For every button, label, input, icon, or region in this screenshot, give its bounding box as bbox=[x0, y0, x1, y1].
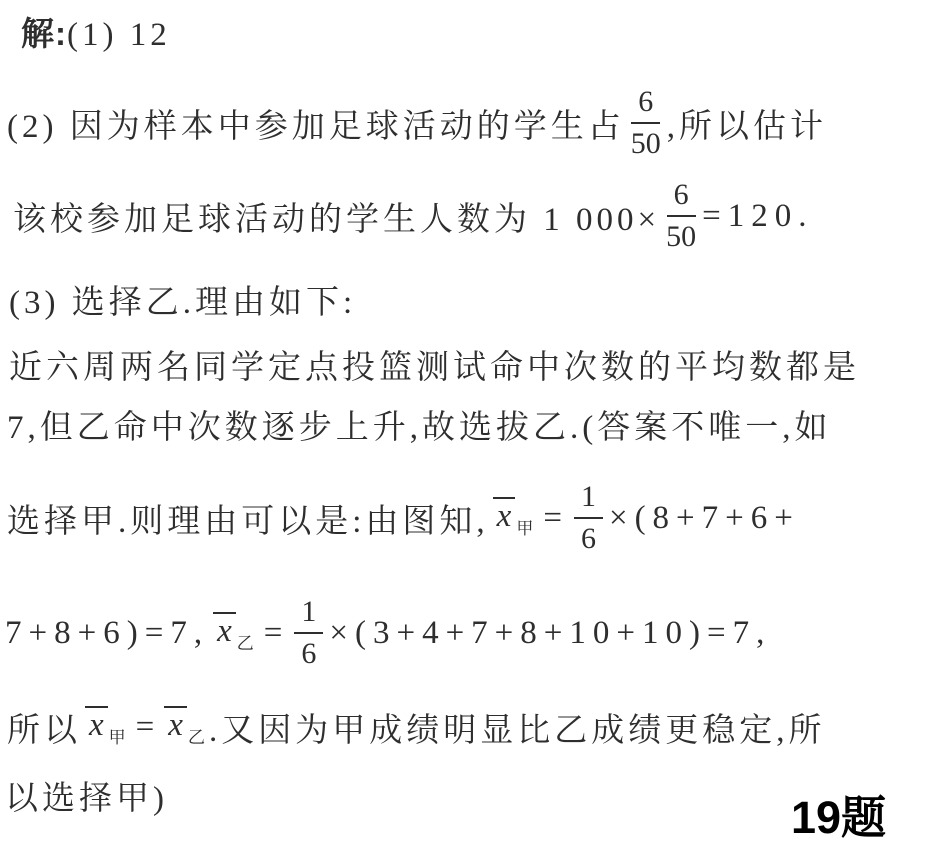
solution-line-2: (2) 因为样本中参加足球活动的学生占 6 50 ,所以估计 bbox=[7, 76, 827, 170]
solution-line-4: (3) 选择乙.理由如下: bbox=[9, 276, 356, 323]
solution-line-9: 所以 x甲 = x乙 .又因为甲成绩明显比乙成绩更稳定,所 bbox=[7, 698, 825, 756]
fraction-numerator: 6 bbox=[667, 177, 696, 217]
text-run: 近六周两名同学定点投篮测试命中次数的平均数都是 bbox=[9, 350, 860, 386]
x-with-bar: x bbox=[493, 497, 516, 533]
solution-line-10: 以选择甲) bbox=[5, 772, 168, 819]
text-run: 该校参加足球活动的学生人数为 1 000× bbox=[13, 193, 660, 240]
subscript-yi: 乙 bbox=[237, 629, 254, 654]
equals-sign: = bbox=[543, 500, 562, 537]
text-run: 所以 bbox=[7, 704, 81, 751]
math-run: 7+8+6)=7, bbox=[5, 615, 209, 652]
equals-sign: = bbox=[264, 615, 283, 652]
solution-line-6: 7,但乙命中次数逐步上升,故选拔乙.(答案不唯一,如 bbox=[7, 401, 832, 448]
solution-line-3: 该校参加足球活动的学生人数为 1 000× 6 50 =120. bbox=[13, 171, 814, 261]
problem-number-label: 19题 bbox=[791, 781, 886, 846]
fraction-denominator: 6 bbox=[581, 519, 596, 557]
solution-label: 解: bbox=[21, 15, 67, 52]
subscript-yi: 乙 bbox=[188, 723, 205, 748]
fraction-1-6: 1 6 bbox=[574, 479, 603, 557]
mean-x-jia: x甲 bbox=[493, 497, 534, 539]
equals-sign: = bbox=[136, 709, 155, 746]
mean-x-yi: x乙 bbox=[164, 706, 205, 748]
fraction-denominator: 6 bbox=[301, 634, 316, 672]
fraction-numerator: 1 bbox=[294, 594, 323, 634]
text-run: 7,但乙命中次数逐步上升,故选拔乙.(答案不唯一,如 bbox=[7, 410, 832, 446]
solution-line-5: 近六周两名同学定点投篮测试命中次数的平均数都是 bbox=[9, 341, 860, 388]
fraction-6-50: 6 50 bbox=[666, 177, 696, 255]
math-run: ×(8+7+6+ bbox=[609, 500, 800, 537]
x-with-bar: x bbox=[85, 706, 108, 742]
text-run: (3) 选择乙.理由如下: bbox=[9, 285, 356, 321]
text-run: .又因为甲成绩明显比乙成绩更稳定,所 bbox=[209, 704, 826, 751]
fraction-6-50: 6 50 bbox=[631, 84, 661, 162]
mean-x-jia: x甲 bbox=[85, 706, 126, 748]
text-run: (2) 因为样本中参加足球活动的学生占 bbox=[7, 100, 625, 147]
subscript-jia: 甲 bbox=[109, 723, 126, 748]
answer-part1: (1) 12 bbox=[67, 17, 171, 53]
x-with-bar: x bbox=[213, 612, 236, 648]
text-run: 以选择甲) bbox=[5, 781, 168, 817]
mean-x-yi: x乙 bbox=[213, 612, 254, 654]
solution-page: 解:(1) 12 (2) 因为样本中参加足球活动的学生占 6 50 ,所以估计 … bbox=[0, 0, 934, 855]
fraction-1-6: 1 6 bbox=[294, 594, 323, 672]
fraction-denominator: 50 bbox=[666, 217, 696, 255]
text-run: =120. bbox=[702, 198, 813, 235]
fraction-denominator: 50 bbox=[631, 124, 661, 162]
subscript-jia: 甲 bbox=[516, 514, 533, 539]
solution-line-1: 解:(1) 12 bbox=[21, 8, 171, 55]
solution-line-8: 7+8+6)=7, x乙 = 1 6 ×(3+4+7+8+10+10)=7, bbox=[5, 585, 771, 681]
solution-line-7: 选择甲.则理由可以是:由图知, x甲 = 1 6 ×(8+7+6+ bbox=[7, 470, 800, 566]
text-run: ,所以估计 bbox=[667, 100, 827, 147]
fraction-numerator: 6 bbox=[631, 84, 660, 124]
x-with-bar: x bbox=[164, 706, 187, 742]
fraction-numerator: 1 bbox=[574, 479, 603, 519]
text-run: 选择甲.则理由可以是:由图知, bbox=[7, 495, 489, 542]
math-run: ×(3+4+7+8+10+10)=7, bbox=[329, 615, 771, 652]
